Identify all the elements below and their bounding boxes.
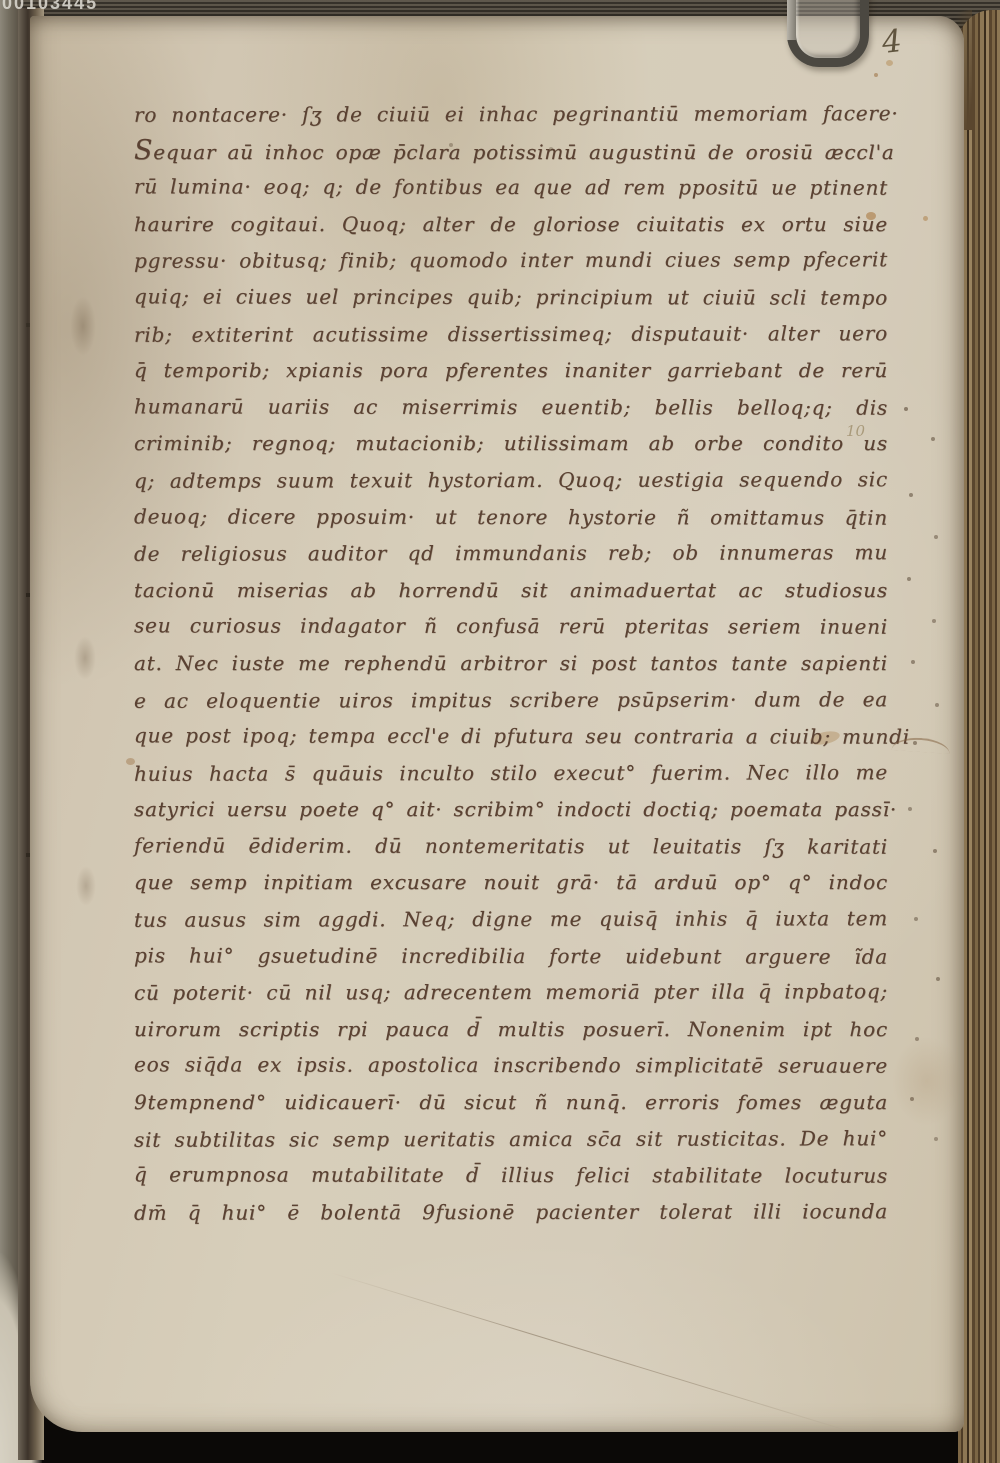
manuscript-line: eos siq̄da ex ipsis. apostolica inscribe…: [134, 1047, 888, 1085]
manuscript-line: criminib; regnoq; mutacionib; utilissima…: [134, 425, 888, 462]
stain: [923, 216, 928, 221]
manuscript-line: q̄ temporib; xpianis pora pferentes inan…: [134, 352, 888, 389]
folio-number: 4: [880, 23, 903, 61]
manuscript-line: huius hacta s̄ quāuis inculto stilo exec…: [134, 754, 888, 792]
manuscript-line: feriendū ēdiderim. dū nontemeritatis ut …: [134, 827, 888, 865]
pricking-dots: [30, 16, 32, 18]
stain: [70, 296, 96, 356]
parchment-page: 4 10 ro nontacere· ſʒ de ciuiū ei inhac …: [30, 16, 964, 1432]
manuscript-line: rū lumina· eoq; q; de fontibus ea que ad…: [134, 169, 888, 207]
manuscript-line: humanarū uariis ac miserrimis euentib; b…: [134, 388, 888, 426]
manuscript-line: rib; extiterint acutissime dissertissime…: [134, 315, 888, 353]
manuscript-line: q̄ erumpnosa mutabilitate d̄ illius feli…: [134, 1157, 888, 1195]
manuscript-line: pis hui° gsuetudinē incredibilia forte u…: [134, 937, 888, 975]
manuscript-line: quiq; ei ciues uel principes quib; princ…: [134, 278, 888, 316]
manuscript-line: tus ausus sim aggdi. Neq; digne me quisq…: [134, 900, 888, 938]
book-fore-edge: [958, 10, 1000, 1463]
manuscript-line: cū poterit· cū nil usq; adrecentem memor…: [134, 973, 888, 1011]
manuscript-line: de religiosus auditor qd immundanis reb;…: [134, 534, 888, 572]
manuscript-line: que post ipoq; tempa eccl'e di pfutura s…: [134, 717, 888, 755]
manuscript-line: dm̄ q̄ hui° ē bolentā 9fusionē pacienter…: [134, 1193, 888, 1231]
manuscript-line: Sequar aū inhoc opæ p̄clara potissimū au…: [134, 133, 888, 170]
manuscript-line: pgressu· obitusq; finib; quomodo inter m…: [134, 242, 888, 280]
manuscript-photo: 4 10 ro nontacere· ſʒ de ciuiū ei inhac …: [0, 0, 1000, 1463]
manuscript-line: e ac eloquentie uiros impitus scribere p…: [134, 681, 888, 719]
manuscript-line: q; adtemps suum texuit hystoriam. Quoq; …: [134, 461, 888, 499]
facing-page-edge: [0, 0, 20, 1463]
manuscript-line: satyrici uersu poete q° ait· scribim° in…: [134, 791, 888, 828]
manuscript-line: uirorum scriptis rpi pauca d̄ multis pos…: [134, 1011, 888, 1048]
text-block: ro nontacere· ſʒ de ciuiū ei inhac pegri…: [134, 96, 888, 1230]
manuscript-line: at. Nec iuste me rephendū arbitror si po…: [134, 645, 888, 682]
manuscript-line: seu curiosus indagator ñ confusā rerū pt…: [134, 608, 888, 646]
manuscript-line: que semp inpitiam excusare nouit grā· tā…: [134, 864, 888, 901]
manuscript-line: haurire cogitaui. Quoq; alter de glorios…: [134, 206, 888, 243]
parchment-crease: [330, 1272, 847, 1431]
stain: [886, 60, 893, 66]
stain: [892, 1036, 962, 1126]
manuscript-line: sit subtilitas sic semp ueritatis amica …: [134, 1120, 888, 1158]
manuscript-line: tacionū miserias ab horrendū sit animadu…: [134, 572, 888, 609]
stain: [74, 636, 96, 680]
manuscript-line: ro nontacere· ſʒ de ciuiū ei inhac pegri…: [134, 95, 888, 133]
stain: [76, 866, 96, 906]
manuscript-line: 9tempnend° uidicauerī· dū sicut ñ nunq̄.…: [134, 1084, 888, 1121]
page-holder-clip: [787, 0, 869, 67]
manuscript-line: deuoq; dicere pposuim· ut tenore hystori…: [134, 498, 888, 536]
scan-id-label: 00103445: [2, 0, 98, 14]
